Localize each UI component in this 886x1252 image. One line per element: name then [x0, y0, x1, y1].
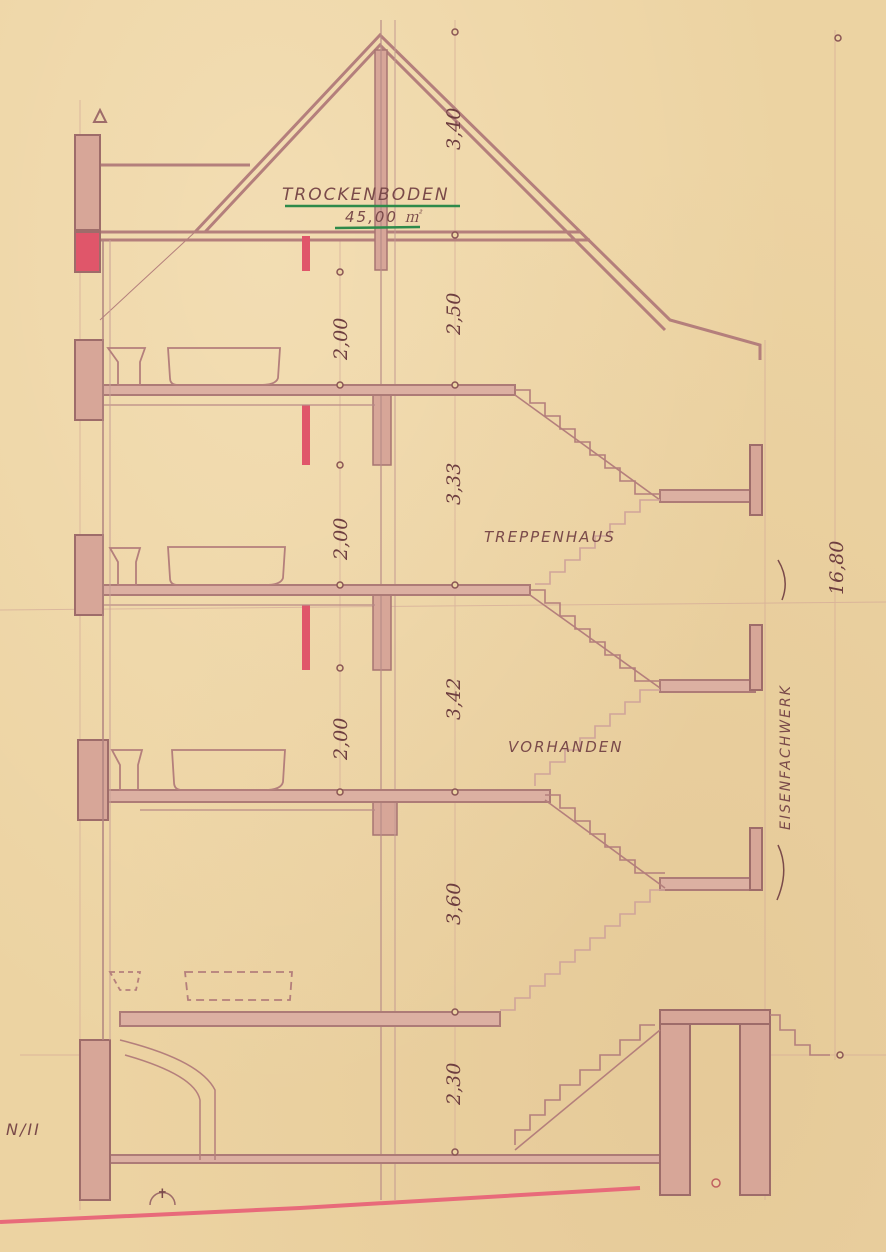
chimney [75, 135, 100, 230]
dim-basement: 2,30 [443, 1063, 465, 1106]
label-attic-area: 45,00 ㎡ [345, 208, 423, 226]
dim-total-height: 16,80 [826, 541, 848, 595]
dim-middle-floor: 3,42 [443, 678, 465, 720]
vent-cap-icon [94, 110, 106, 122]
exterior-wall-right [660, 445, 770, 1195]
drawing-sheet: ✝ TROCKENBODEN 45,00 ㎡ TREPPENHAUS VORHA… [0, 0, 886, 1252]
label-attic: TROCKENBODEN [282, 185, 450, 205]
dim-top-partition: 2,00 [330, 318, 352, 361]
chimney-red-section [75, 232, 100, 272]
sanitary-fixtures [108, 348, 292, 1000]
drain-pipe [120, 1040, 215, 1160]
dim-upper-floor: 3,33 [443, 463, 465, 505]
label-existing: VORHANDEN [508, 738, 624, 756]
label-steel-frame: EISENFACHWERK [778, 684, 794, 830]
label-stairwell: TREPPENHAUS [484, 528, 616, 546]
dim-top-floor: 2,50 [443, 293, 465, 336]
sheet-reference: N/II [6, 1120, 41, 1139]
floor-slabs [100, 385, 755, 1163]
dim-middle-partition: 2,00 [330, 718, 352, 761]
dim-roof-height: 3,40 [443, 108, 465, 150]
dim-upper-partition: 2,00 [330, 518, 352, 561]
section-drawing: ✝ TROCKENBODEN 45,00 ㎡ TREPPENHAUS VORHA… [0, 0, 886, 1252]
dim-ground-floor: 3,60 [443, 883, 465, 925]
cross-icon: ✝ [157, 1187, 168, 1202]
